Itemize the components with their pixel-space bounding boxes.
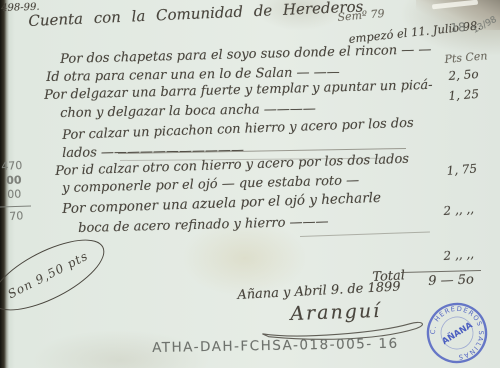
- handwritten-rule: [300, 231, 430, 237]
- margin-number: 470: [1, 159, 23, 173]
- total-value: 9 — 5o: [428, 272, 474, 289]
- header-annotation: Semº 79: [337, 7, 385, 24]
- item-line: boca de acero refinado y hierro ———: [78, 214, 329, 236]
- document-title: Cuenta con la Comunidad de Herederos: [28, 0, 364, 30]
- amount-value: 2 ,, ,,: [443, 202, 474, 218]
- margin-sum-rule: [0, 205, 31, 207]
- margin-number: 00: [7, 188, 21, 201]
- rubric-oval: Son 9,50 pts: [0, 225, 114, 324]
- item-line: Por dos chapetas para el soyo suso donde…: [60, 42, 432, 67]
- amount-value: 1, 25: [448, 87, 479, 103]
- margin-number: 70: [9, 209, 24, 223]
- margin-number: 00: [6, 173, 22, 187]
- community-stamp: C. HEREDEROS SALINAS AÑANA: [417, 293, 497, 368]
- scanned-document-page: 498-99. Cuenta con la Comunidad de Hered…: [0, 0, 500, 368]
- currency-column-header: Pts Cen: [444, 49, 488, 66]
- archive-reference: ATHA-DAH-FCHSA-018-005- 16: [152, 336, 399, 356]
- item-line: chon y delgazar la boca ancha ————: [60, 102, 316, 121]
- pencil-folio-number: 18: [450, 20, 466, 35]
- rubric-text: Son 9,50 pts: [6, 249, 91, 302]
- amount-value: 1, 75: [446, 161, 478, 178]
- amount-value: 2 ,, ,,: [443, 247, 474, 263]
- amount-value: 2, 5o: [448, 67, 479, 83]
